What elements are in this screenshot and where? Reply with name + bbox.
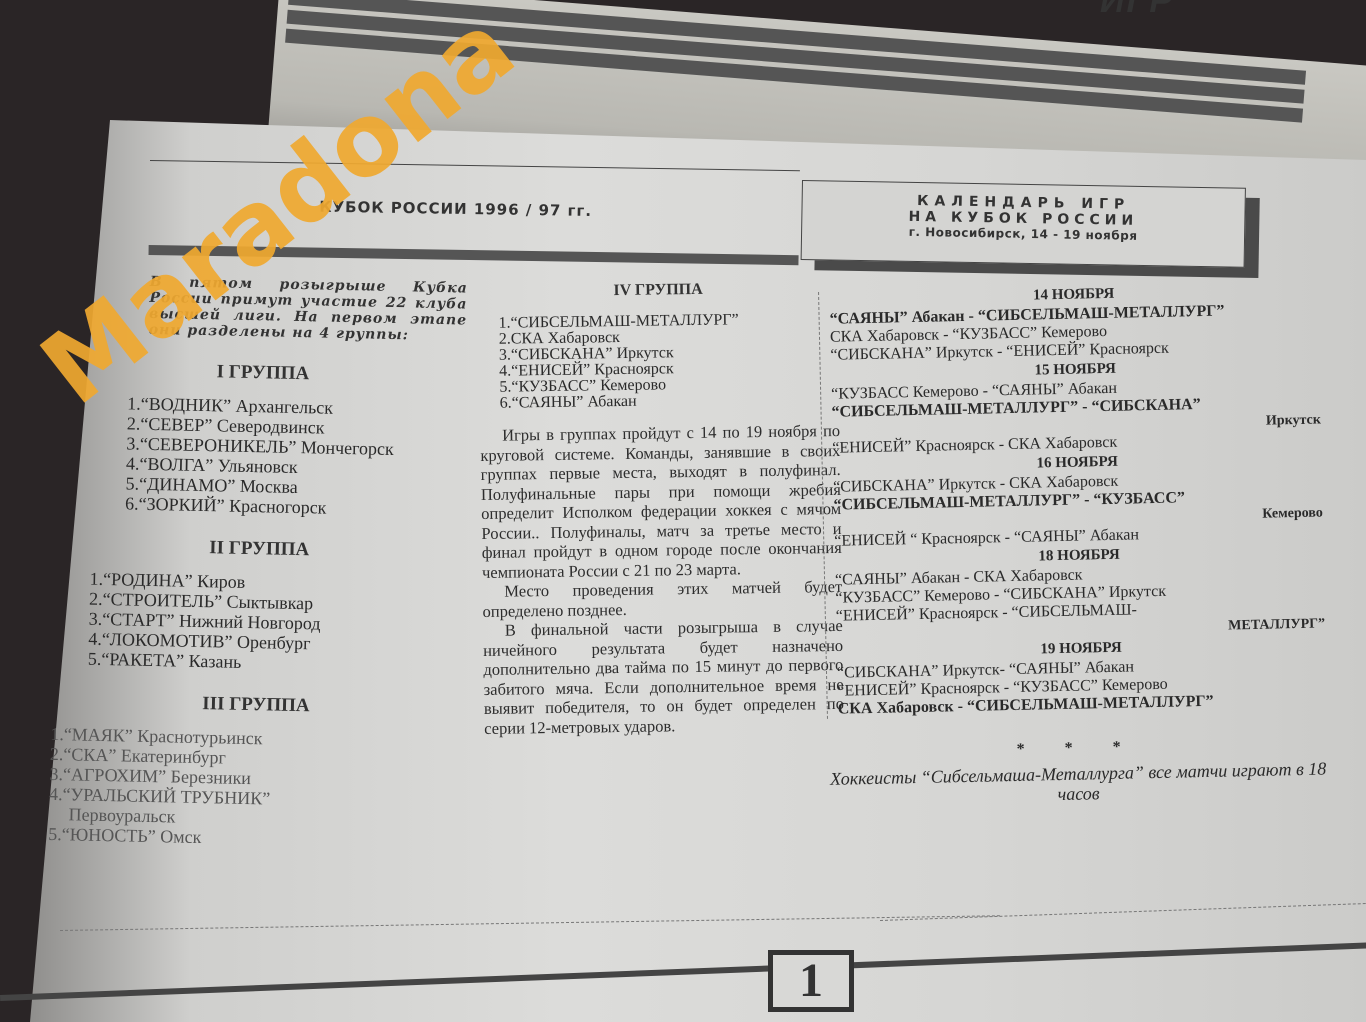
page-number: 1 [768, 950, 854, 1012]
column-rules: IV ГРУППА 1.“СИБСЕЛЬМАШ-МЕТАЛЛУРГ” 2.СКА… [478, 279, 844, 738]
group-2-list: 1.“РОДИНА” Киров 2.“СТРОИТЕЛЬ” Сыктывкар… [88, 569, 464, 677]
rules-paragraph: В финальной части розыгрыша в случае нич… [483, 616, 845, 738]
separator-stars: * * * [828, 734, 1328, 762]
calendar-header-box: КАЛЕНДАРЬ ИГР НА КУБОК РОССИИ г. Новосиб… [801, 180, 1246, 268]
group-3-list: 1.“МАЯК” Краснотурьинск 2.“СКА” Екатерин… [48, 724, 460, 853]
group-4-list: 1.“СИБСЕЛЬМАШ-МЕТАЛЛУРГ” 2.СКА Хабаровск… [498, 311, 839, 412]
rules-paragraph: Место проведения этих матчей будет опред… [482, 577, 843, 621]
schedule: 14 НОЯБРЯ“САЯНЫ” Абакан - “СИБСЕЛЬМАШ-МЕ… [818, 282, 1327, 719]
group-4-title: IV ГРУППА [478, 279, 838, 302]
team-item: 6.“САЯНЫ” Абакан [500, 391, 840, 412]
group-3-title: III ГРУППА [51, 690, 461, 721]
group-1-list: 1.“ВОДНИК” Архангельск 2.“СЕВЕР” Северод… [125, 393, 467, 520]
group-2-title: II ГРУППА [54, 534, 464, 565]
top-heading-fragment: ИГР [1100, 0, 1174, 21]
column-schedule: 14 НОЯБРЯ“САЯНЫ” Абакан - “СИБСЕЛЬМАШ-МЕ… [818, 280, 1329, 809]
rules-paragraph: Игры в группах пройдут с 14 по 19 ноября… [480, 421, 842, 582]
rules-text: Игры в группах пройдут с 14 по 19 ноября… [480, 421, 844, 738]
